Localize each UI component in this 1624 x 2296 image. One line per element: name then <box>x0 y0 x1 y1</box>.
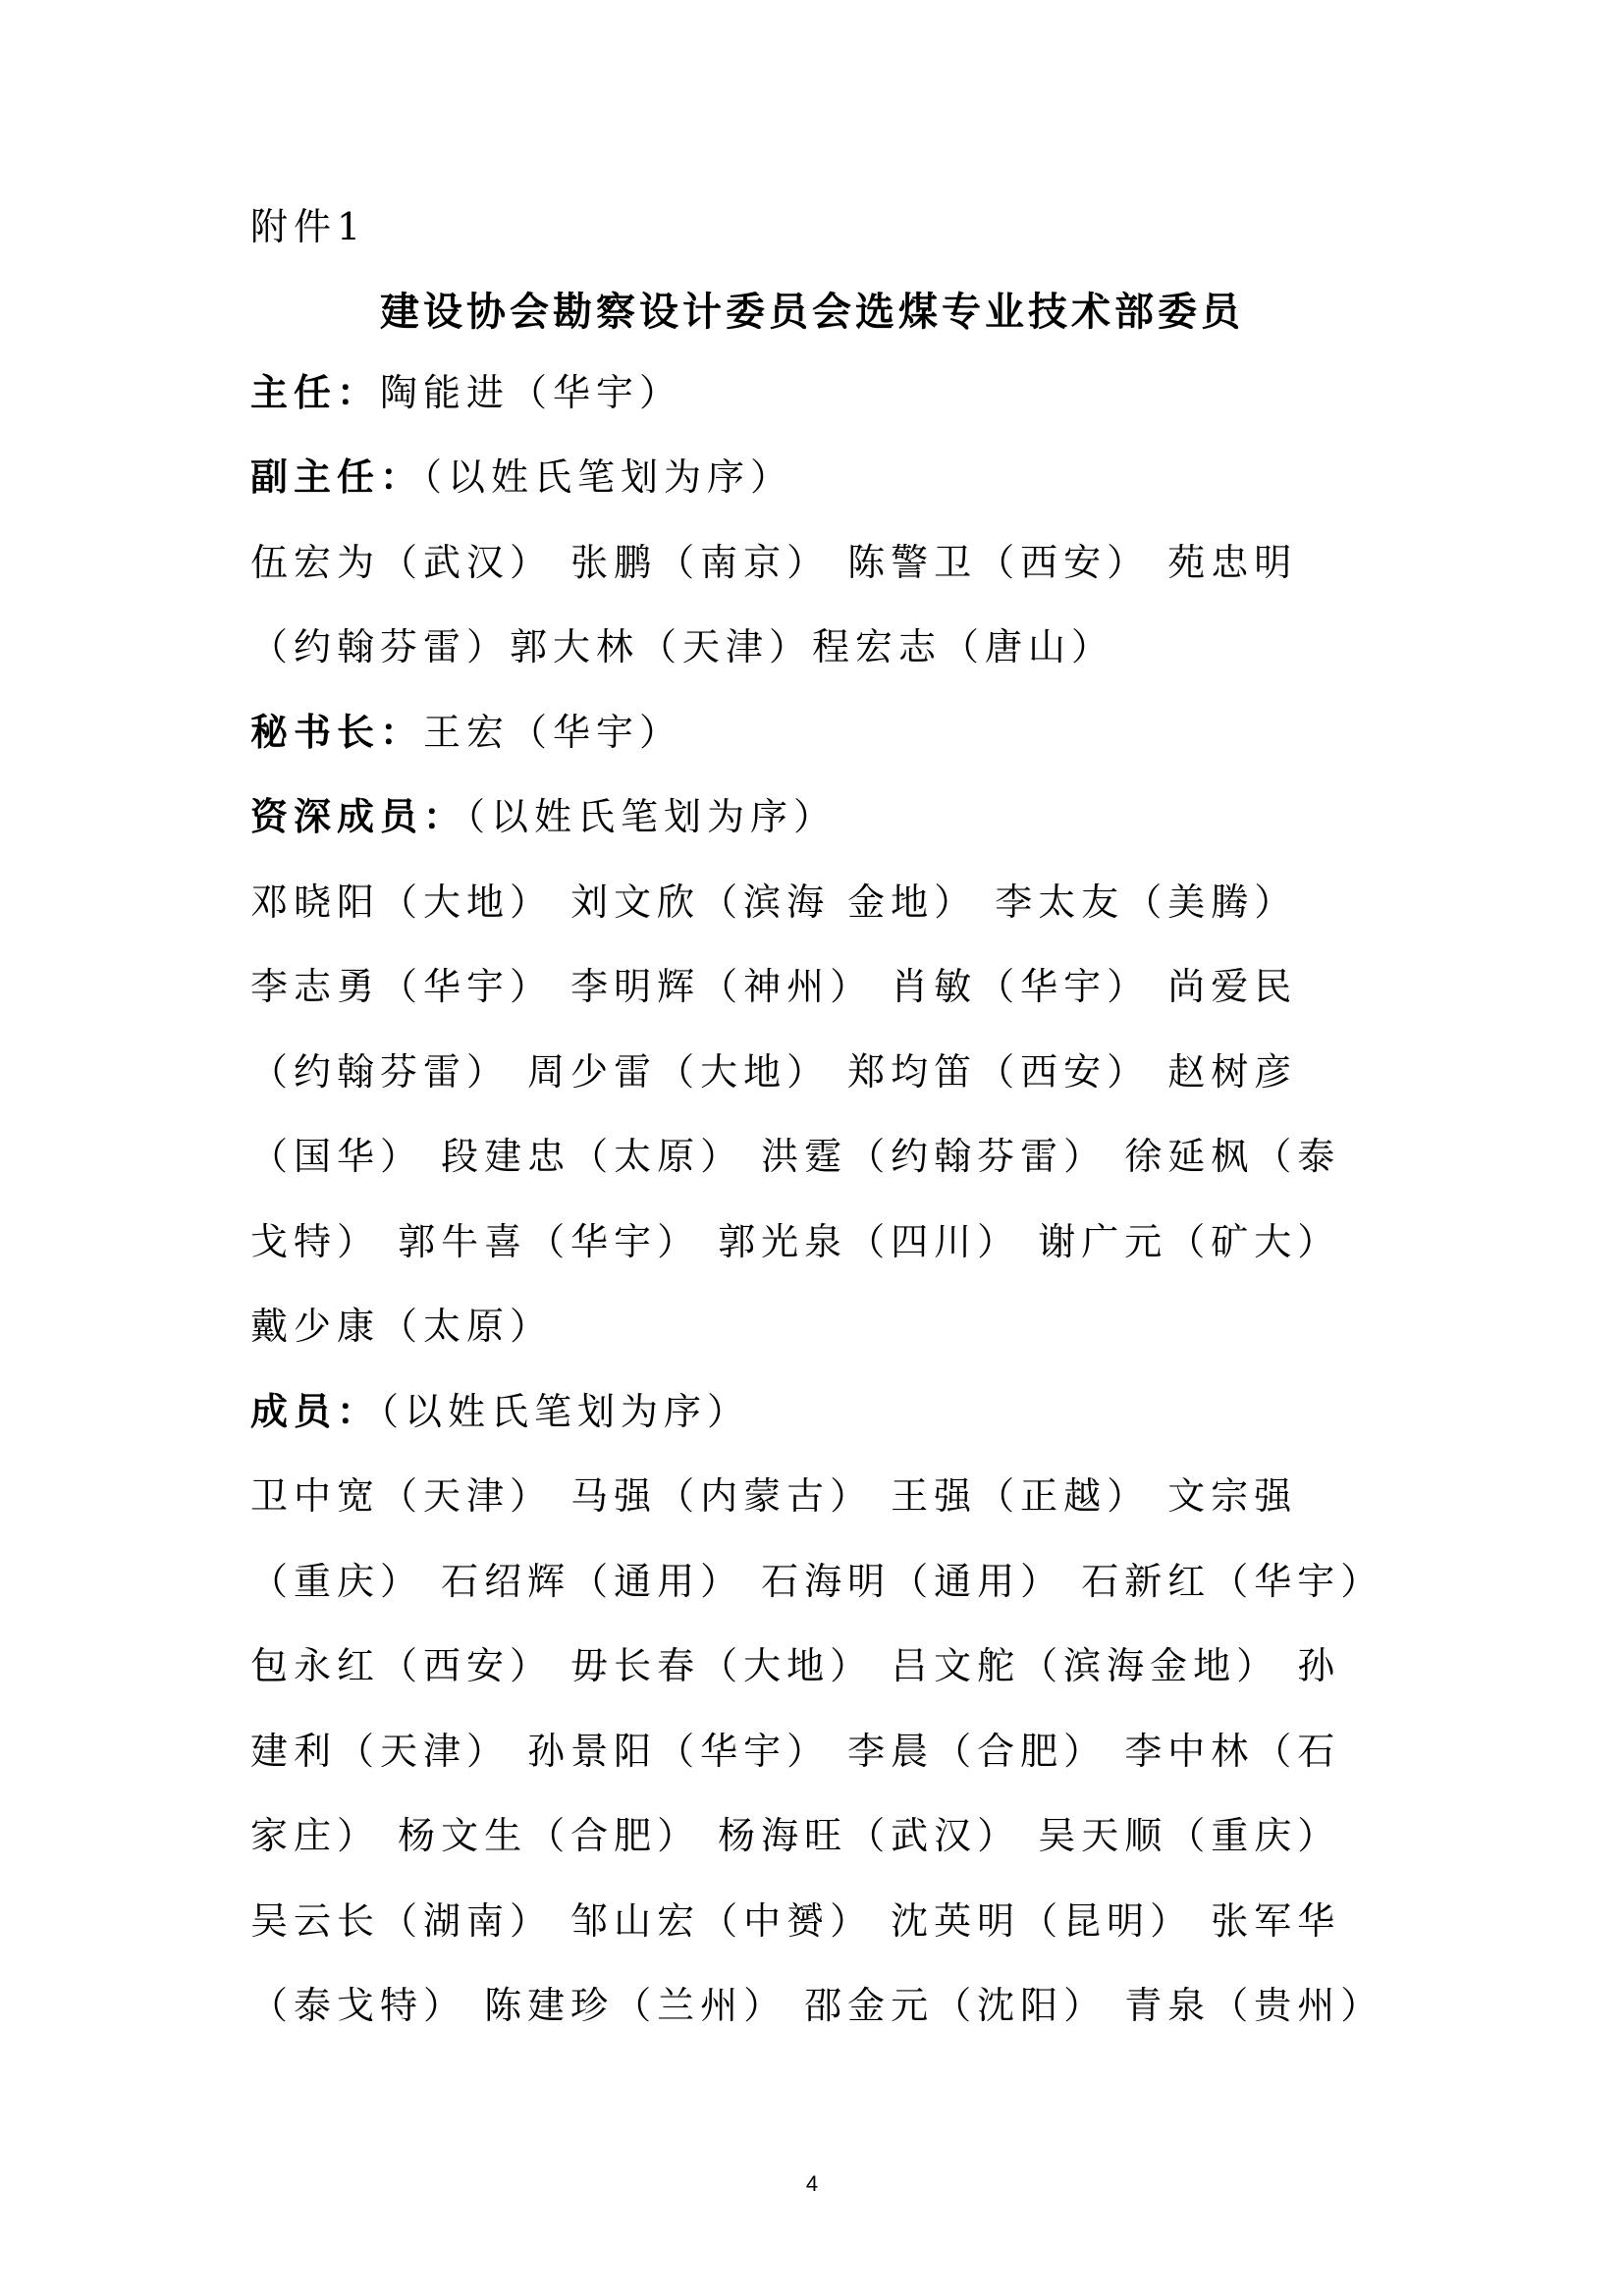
members-line: 家庄） 杨文生（合肥） 杨海旺（武汉） 吴天顺（重庆） <box>250 1811 1340 1860</box>
members-label: 成员： <box>250 1389 380 1433</box>
members-line: 建利（天津） 孙景阳（华宇） 李晨（合肥） 李中林（石 <box>250 1727 1340 1776</box>
attachment-label: 附件1 <box>250 202 366 251</box>
deputy-directors-line: （约翰芬雷）郭大林（天津）程宏志（唐山） <box>250 622 1114 671</box>
senior-members-label: 资深成员： <box>250 794 466 838</box>
senior-members-line: 邓晓阳（大地） 刘文欣（滨海 金地） 李太友（美腾） <box>250 878 1297 927</box>
document-title: 建设协会勘察设计委员会选煤专业技术部委员 <box>0 287 1624 338</box>
secretary-general-value: 王宏（华宇） <box>423 711 682 754</box>
members-line: （重庆） 石绍辉（通用） 石海明（通用） 石新红（华宇） <box>250 1557 1383 1606</box>
page-number: 4 <box>0 2171 1624 2197</box>
senior-members-line: （国华） 段建忠（太原） 洪霆（约翰芬雷） 徐延枫（泰 <box>250 1132 1340 1181</box>
secretary-general-line: 秘书长：王宏（华宇） <box>250 708 682 757</box>
director-line: 主任：陶能进（华宇） <box>250 368 682 417</box>
members-heading: 成员：（以姓氏笔划为序） <box>250 1387 750 1436</box>
senior-members-line: 戈特） 郭牛喜（华宇） 郭光泉（四川） 谢广元（矿大） <box>250 1217 1340 1266</box>
senior-members-line: （约翰芬雷） 周少雷（大地） 郑均笛（西安） 赵树彦 <box>250 1047 1297 1096</box>
deputy-directors-note: （以姓氏笔划为序） <box>423 455 793 499</box>
members-line: 卫中宽（天津） 马强（内蒙古） 王强（正越） 文宗强 <box>250 1471 1297 1521</box>
senior-members-heading: 资深成员：（以姓氏笔划为序） <box>250 792 837 841</box>
deputy-directors-line: 伍宏为（武汉） 张鹏（南京） 陈警卫（西安） 苑忠明 <box>250 538 1297 587</box>
senior-members-line: 李志勇（华宇） 李明辉（神州） 肖敏（华宇） 尚爱民 <box>250 962 1297 1011</box>
senior-members-note: （以姓氏笔划为序） <box>466 795 837 838</box>
deputy-directors-heading: 副主任：（以姓氏笔划为序） <box>250 453 793 502</box>
director-label: 主任： <box>250 370 380 414</box>
senior-members-line: 戴少康（太原） <box>250 1302 553 1351</box>
members-line: （泰戈特） 陈建珍（兰州） 邵金元（沈阳） 青泉（贵州） <box>250 1981 1383 2030</box>
deputy-directors-label: 副主任： <box>250 454 423 499</box>
members-line: 吴云长（湖南） 邹山宏（中赟） 沈英明（昆明） 张军华 <box>250 1896 1340 1946</box>
director-value: 陶能进（华宇） <box>380 371 682 414</box>
members-note: （以姓氏笔划为序） <box>380 1390 750 1433</box>
secretary-general-label: 秘书长： <box>250 710 423 754</box>
members-line: 包永红（西安） 毋长春（大地） 吕文舵（滨海金地） 孙 <box>250 1641 1340 1690</box>
